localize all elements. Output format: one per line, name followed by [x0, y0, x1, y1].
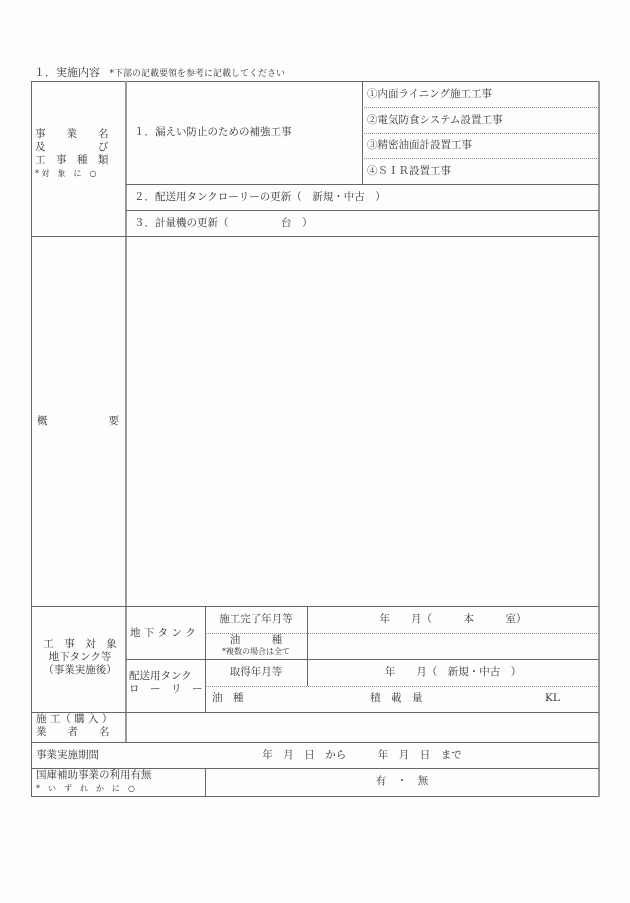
- row-divider: [205, 686, 599, 687]
- overview-label-right: 要: [109, 415, 120, 428]
- row-divider: [362, 158, 599, 159]
- row-divider: [362, 133, 599, 134]
- target-label-line: 地下タンク等: [36, 651, 124, 664]
- contractor-field[interactable]: [127, 713, 597, 741]
- project-label-line: 及 び: [35, 141, 121, 154]
- capacity-unit: KL: [545, 692, 560, 705]
- subitem-cathodic[interactable]: ②電気防食システム設置工事: [367, 114, 502, 127]
- capacity-label: 積 載 量: [370, 692, 423, 705]
- overview-label-left: 概: [37, 415, 48, 428]
- section-heading: １．実施内容 *下部の記載要領を参考に記載してください: [34, 64, 285, 80]
- completion-field[interactable]: 年 月（ 本 室）: [308, 613, 598, 626]
- acquired-label: 取得年月等: [205, 666, 307, 679]
- oil-type-note: *複数の場合は全て: [205, 647, 307, 657]
- lorry-label: 配送用タンク ロ ー リ ー: [129, 670, 203, 696]
- project-item-1[interactable]: １．漏えい防止のための補強工事: [134, 126, 292, 139]
- section-note: *下部の記載要領を参考に記載してください: [110, 69, 286, 79]
- lorry-oil-label: 油 種: [212, 692, 244, 705]
- contractor-label-line: 施 工（ 購 入 ）: [36, 713, 112, 726]
- lorry-label-line: ロ ー リ ー: [129, 683, 203, 696]
- lorry-label-line: 配送用タンク: [129, 670, 203, 683]
- target-label-line: （事業実施後）: [36, 664, 124, 677]
- project-label: 事 業 名 及 び 工 事 種 類 * 対 象 に ○: [35, 128, 121, 180]
- row-divider: [126, 659, 599, 660]
- subsidy-label-line: 国庫補助事業の利用有無: [36, 769, 152, 782]
- project-item-2[interactable]: ２．配送用タンクローリーの更新（ 新規・中古 ）: [134, 191, 386, 204]
- period-label: 事業実施期間: [36, 749, 99, 762]
- overview-label: 概 要: [37, 415, 119, 428]
- row-divider: [31, 742, 599, 743]
- project-item-3[interactable]: ３．計量機の更新（ 台 ）: [134, 217, 313, 230]
- underground-tank-label: 地 下 タ ン ク: [130, 627, 196, 640]
- table-border-right: [598, 81, 600, 797]
- row-divider: [31, 606, 599, 607]
- target-label-line: 工 事 対 象: [36, 638, 124, 651]
- completion-label: 施工完了年月等: [205, 613, 307, 626]
- project-label-note: * 対 象 に ○: [35, 167, 121, 180]
- contractor-label-line: 業 者 名: [36, 726, 112, 739]
- project-label-line: 工 事 種 類: [35, 154, 121, 167]
- oil-type-label: 油 種: [205, 634, 307, 647]
- row-divider: [362, 107, 599, 108]
- subsidy-label-note: * い ず れ か に ○: [36, 782, 152, 795]
- oil-type-field[interactable]: [308, 634, 598, 659]
- section-title: １．実施内容: [34, 66, 100, 79]
- period-field[interactable]: 年 月 日 から 年 月 日 まで: [127, 749, 597, 762]
- subitem-sir[interactable]: ④ＳＩＲ設置工事: [367, 165, 451, 178]
- subitem-lining[interactable]: ①内面ライニング施工工事: [367, 88, 492, 101]
- subsidy-choice[interactable]: 有 ・ 無: [206, 775, 598, 788]
- table-border-left: [31, 81, 32, 796]
- overview-field[interactable]: [127, 237, 597, 606]
- table-border-top: [31, 81, 599, 82]
- acquired-field[interactable]: 年 月（ 新規・中古 ）: [308, 666, 598, 679]
- row-divider: [126, 184, 599, 185]
- contractor-label: 施 工（ 購 入 ） 業 者 名: [36, 713, 112, 739]
- table-border-bottom: [31, 796, 599, 797]
- project-label-line: 事 業 名: [35, 128, 121, 141]
- row-divider: [126, 210, 599, 211]
- subsidy-label: 国庫補助事業の利用有無 * い ず れ か に ○: [36, 769, 152, 795]
- target-label: 工 事 対 象 地下タンク等 （事業実施後）: [36, 638, 124, 677]
- subitem-level-gauge[interactable]: ③精密油面計設置工事: [367, 139, 472, 152]
